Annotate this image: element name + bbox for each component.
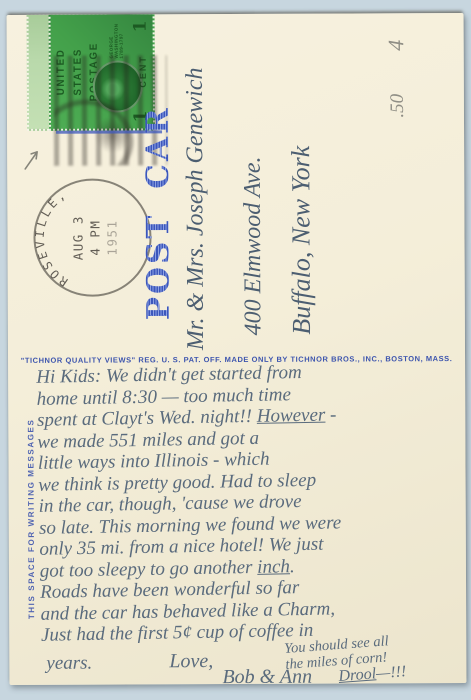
signature-love: Love, [169, 650, 213, 673]
signature-years: years. [46, 653, 92, 675]
pencil-mark-4: 4 [383, 27, 423, 64]
postmark-town: ROSEVILLE, [32, 186, 70, 289]
handwritten-message: Hi Kids: We didn't get started from home… [36, 359, 466, 646]
postmark-year: 1951 [104, 219, 119, 255]
address-line-1: Mr. & Mrs. Joseph Genewich [182, 25, 238, 350]
postcard-back: UNITED STATES POSTAGE GEORGE WASHINGTON … [7, 13, 467, 685]
postmark-circle: ROSEVILLE, AUG 3 4 PM 1951 [30, 175, 155, 300]
pencil-price-mark: .50 [387, 77, 424, 134]
address-line-3: Buffalo, New York [286, 50, 350, 335]
stamp-title-line1: UNITED [56, 19, 68, 124]
postmark: ROSEVILLE, AUG 3 4 PM 1951 [30, 175, 155, 300]
stamp-caption: GEORGE WASHINGTON 1789-1797 [109, 18, 124, 58]
postmark-date: AUG 3 [70, 215, 85, 260]
corn-note-drool: Drool—!!! [338, 664, 407, 684]
scanned-postcard-photo: UNITED STATES POSTAGE GEORGE WASHINGTON … [0, 0, 471, 700]
denomination-right: 1 [131, 20, 151, 32]
corn-note: You should see all the miles of corn! Dr… [284, 633, 407, 685]
stamp-selvage [27, 13, 50, 131]
stamp-title-line2: STATES [72, 19, 84, 124]
pen-arrow-mark [21, 147, 43, 173]
postmark-time: 4 PM [87, 220, 102, 256]
